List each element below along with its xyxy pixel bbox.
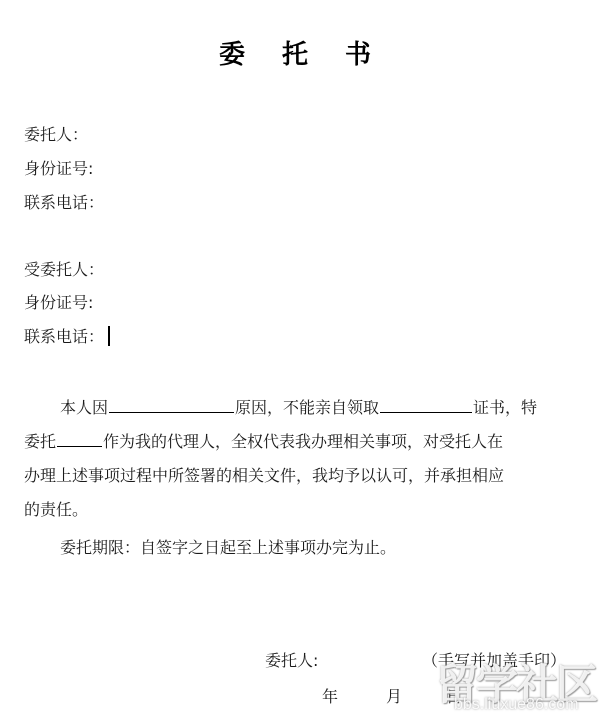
signature-label: 委托人: bbox=[265, 648, 318, 671]
body-line-1: 本人因原因，不能亲自领取证书，特 bbox=[24, 390, 580, 426]
reason-blank[interactable] bbox=[109, 396, 234, 413]
agent-phone-field[interactable]: 联系电话： bbox=[24, 326, 110, 347]
principal-id-label: 身份证号: bbox=[24, 159, 93, 179]
agent-id-label: 身份证号: bbox=[24, 293, 93, 313]
certificate-blank[interactable] bbox=[380, 396, 472, 413]
principal-name-label: 委托人： bbox=[24, 125, 88, 145]
date-month: 月 bbox=[386, 684, 402, 707]
watermark-url: bbs.liuxue86.com bbox=[454, 696, 579, 714]
agent-name-blank[interactable] bbox=[57, 430, 102, 447]
agent-phone-label: 联系电话： bbox=[24, 327, 104, 346]
agent-name-label: 受委托人： bbox=[24, 260, 104, 280]
term-line: 委托期限：自签字之日起至上述事项办完为止。 bbox=[24, 530, 580, 566]
date-day: 日 bbox=[446, 684, 462, 707]
body-line-3: 办理上述事项过程中所签署的相关文件，我均予以认可，并承担相应 bbox=[24, 458, 580, 494]
text-cursor bbox=[108, 326, 110, 346]
principal-phone-label: 联系电话： bbox=[24, 193, 104, 213]
body-line-4: 的责任。 bbox=[24, 492, 580, 528]
signature-note: （手写并加盖手印） bbox=[422, 648, 566, 671]
body-line-2: 委托作为我的代理人，全权代表我办理相关事项，对受托人在 bbox=[24, 424, 580, 460]
document-title: 委 托 书 bbox=[0, 34, 604, 71]
date-year: 年 bbox=[322, 684, 338, 707]
